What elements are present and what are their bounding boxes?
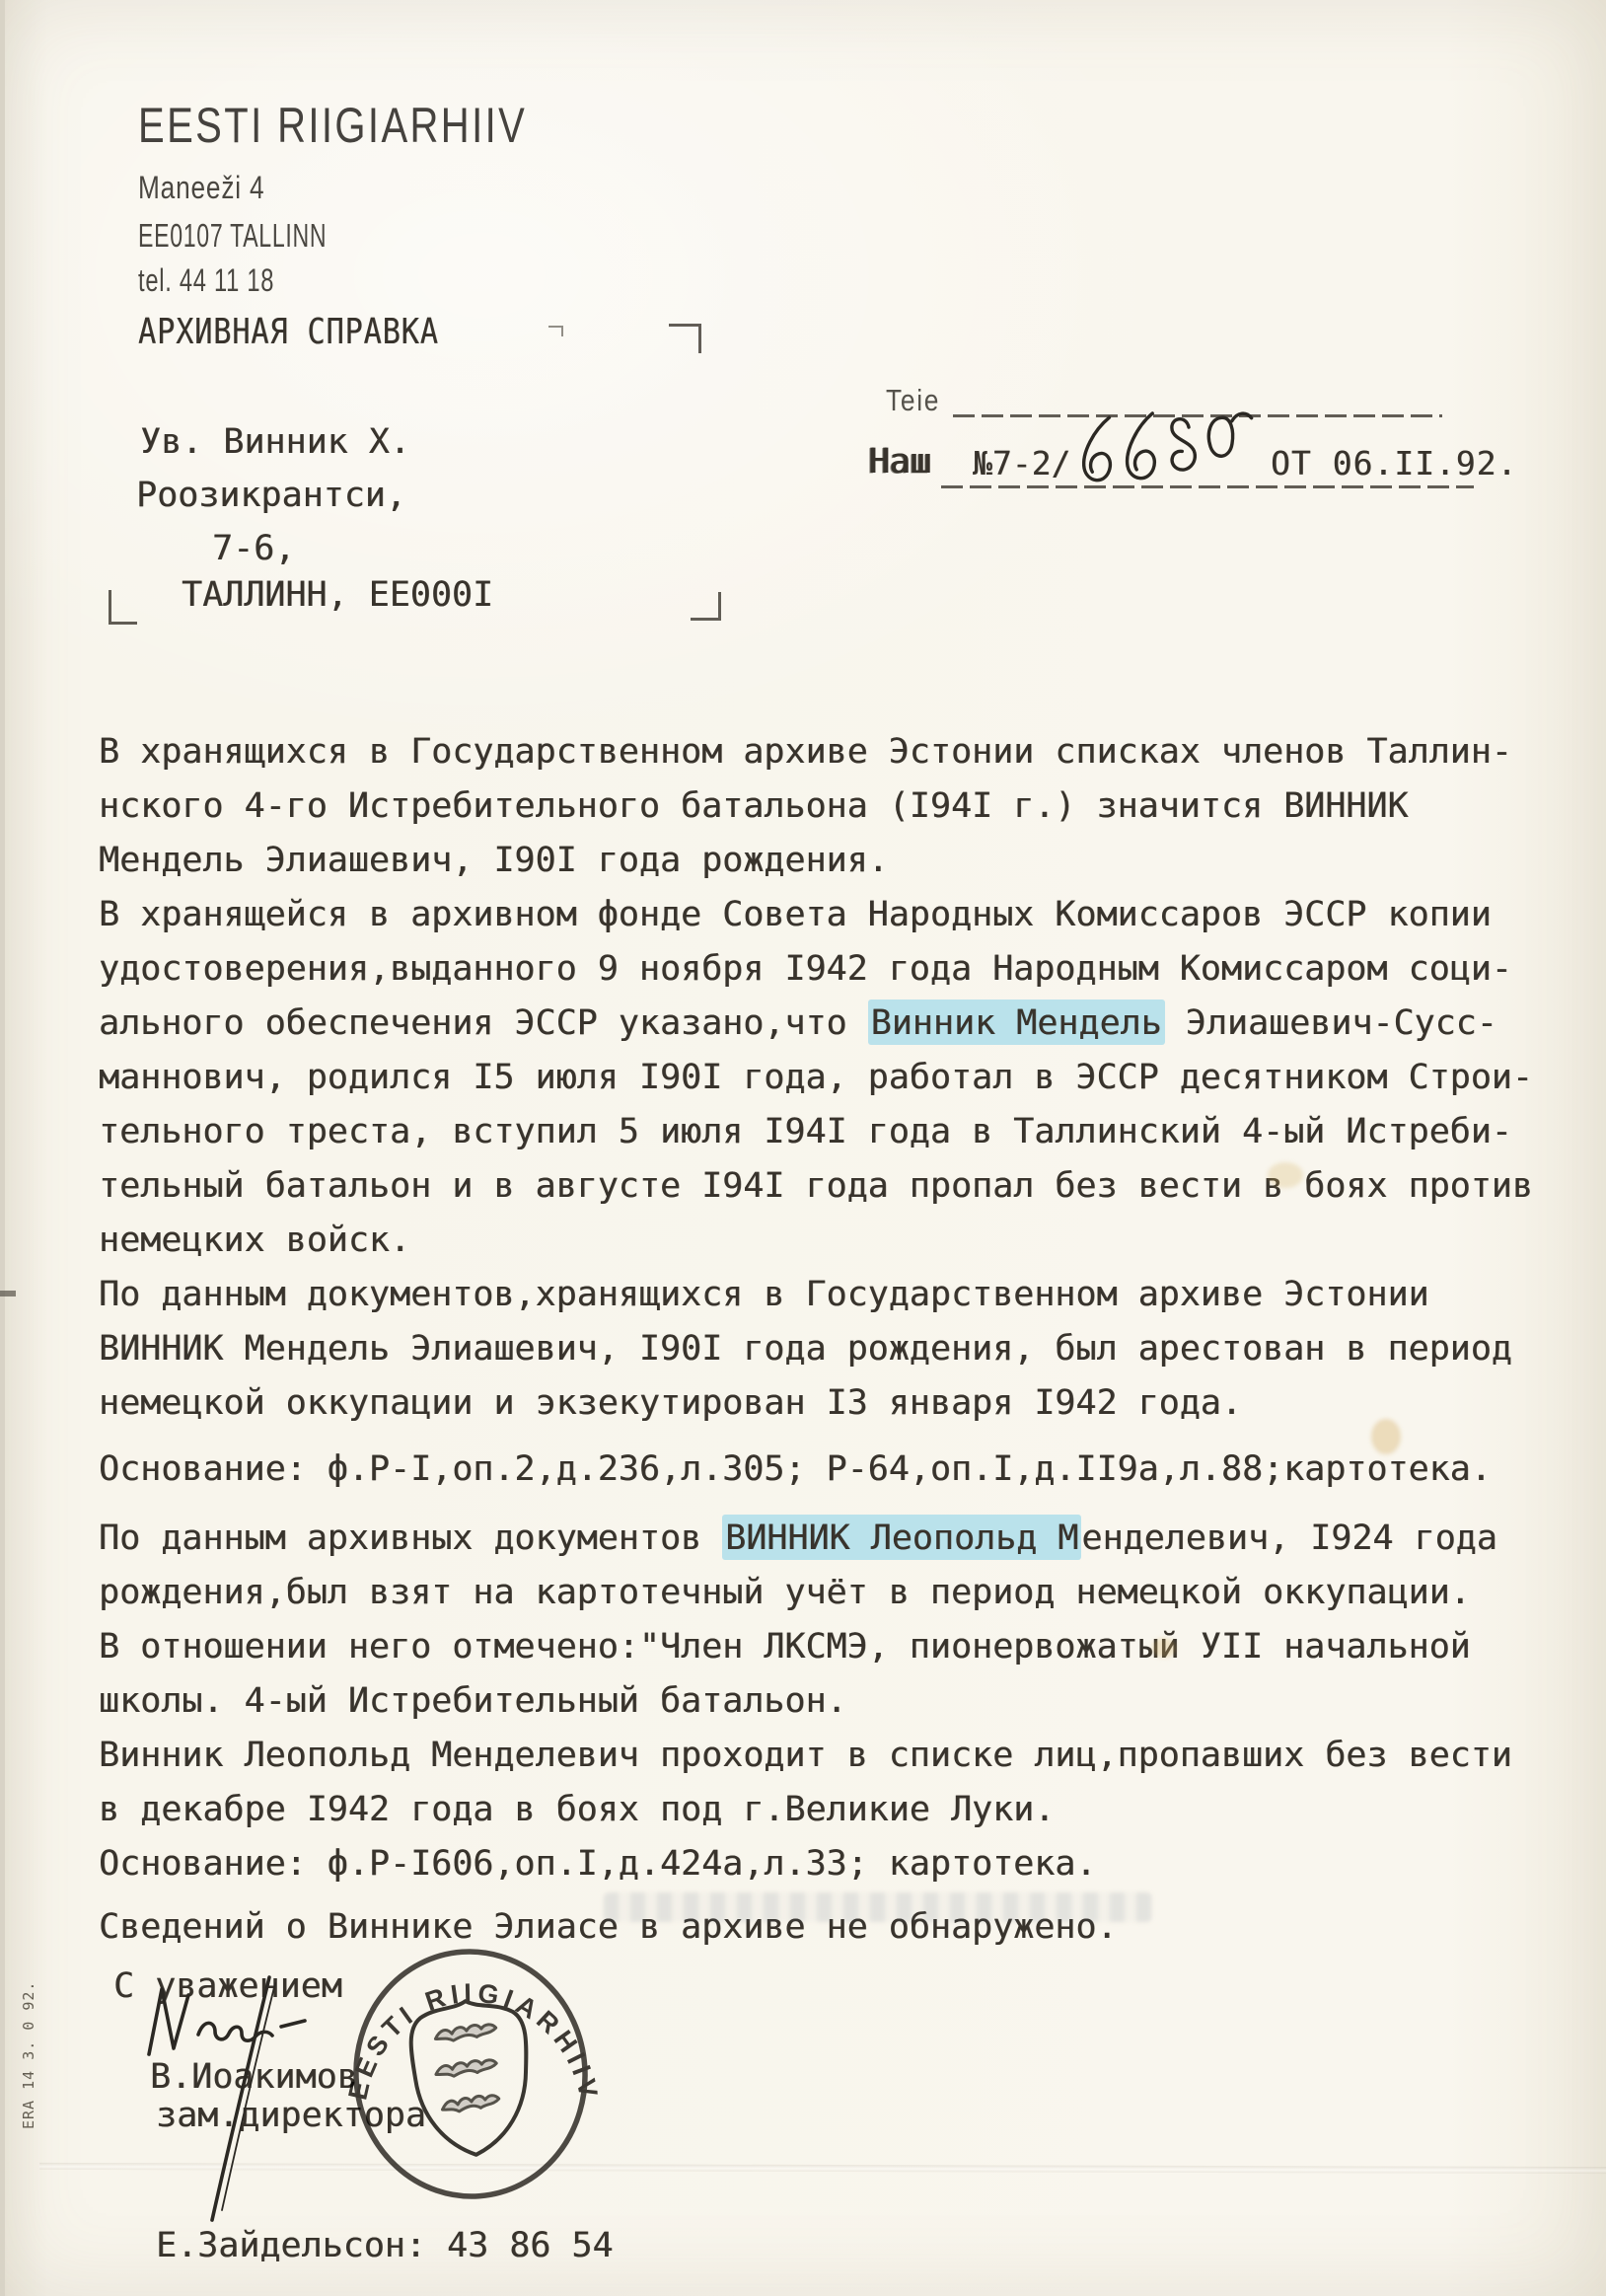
contact-line: Е.Зайдельсон: 43 86 54 [156,2226,614,2265]
paragraph: По данным архивных документов ВИННИК Лео… [99,1512,1549,1729]
body-line: Винник Леопольд Менделевич проходит в сп… [99,1729,1549,1783]
paragraph: По данным документов,хранящихся в Госуда… [99,1268,1549,1431]
body-line: тельный батальон и в августе I94I года п… [99,1159,1549,1214]
paragraph: Винник Леопольд Менделевич проходит в сп… [99,1729,1549,1837]
paragraph: Основание: ф.Р-I,оп.2,д.236,л.305; Р-64,… [99,1443,1549,1497]
our-ref-date: ОТ 06.II.92. [1271,444,1517,482]
scan-edge [0,0,5,2296]
stray-mark [548,326,563,336]
body-line: Основание: ф.Р-I606,оп.I,д.424а,л.33; ка… [99,1837,1549,1891]
window-corner-top-right [669,324,701,353]
body-line: Мендель Элиашевич, I90I года рождения. [99,834,1549,888]
highlighted-text: ВИННИК Леопольд М [722,1515,1081,1560]
our-ref-number-prefix: №7-2/ [973,444,1070,482]
body-line: ального обеспечения ЭССР указано,что Вин… [99,997,1549,1051]
recipient-city: ТАЛЛИНН, ЕЕ000I [182,575,493,615]
body-line: маннович, родился I5 июля I90I года, раб… [99,1051,1549,1105]
body-line: рождения,был взят на картотечный учёт в … [99,1566,1549,1620]
body-line: немецких войск. [99,1214,1549,1268]
paragraph: В хранящихся в Государственном архиве Эс… [99,725,1549,888]
stain [1152,1638,1176,1658]
letterhead-phone: tel. 44 11 18 [138,262,274,299]
paragraph: Основание: ф.Р-I606,оп.I,д.424а,л.33; ка… [99,1837,1549,1891]
official-round-stamp: EESTI RIIGIARHIIV [336,1933,605,2214]
stain [1371,1419,1401,1454]
body-line: В отношении него отмечено:"Член ЛКСМЭ, п… [99,1620,1549,1674]
body-line: Основание: ф.Р-I,оп.2,д.236,л.305; Р-64,… [99,1443,1549,1497]
teie-label: Teie [886,383,940,418]
body-line: немецкой оккупации и экзекутирован I3 ян… [99,1376,1549,1431]
document-page: EESTI RIIGIARHIIV Maneeži 4 EE0107 TALLI… [0,0,1606,2296]
body-line: В хранящихся в Государственном архиве Эс… [99,725,1549,779]
recipient-street: Роозикрантси, [136,476,406,515]
body-line: тельного треста, вступил 5 июля I94I год… [99,1105,1549,1159]
body-line: В хранящейся в архивном фонде Совета Нар… [99,888,1549,942]
form-code: ERA 14 3. 0 92. [20,1981,37,2129]
window-corner-bottom-right [691,592,721,621]
body-text: В хранящихся в Государственном архиве Эс… [99,725,1549,1955]
highlighted-text: Винник Мендель [868,1000,1165,1045]
ink-ghost-smudge [604,1892,1152,1922]
body-line: По данным документов,хранящихся в Госуда… [99,1268,1549,1322]
document-type-title: АРХИВНАЯ СПРАВКА [138,312,439,352]
letterhead-city: EE0107 TALLINN [138,217,327,255]
our-ref-label: Наш [868,442,930,481]
recipient-name: Ув. Винник Х. [140,422,410,462]
stain [1268,1162,1303,1188]
stamp-text: EESTI RIIGIARHIIV [336,1969,605,2121]
body-line: нского 4-го Истребительного батальона (I… [99,779,1549,834]
org-name: EESTI RIIGIARHIIV [138,97,527,154]
recipient-house: 7-6, [212,529,295,568]
body-line: в декабре I942 года в боях под г.Великие… [99,1783,1549,1837]
body-line: удостоверения,выданного 9 ноября I942 го… [99,942,1549,997]
edge-speck [0,1291,16,1296]
letterhead-street: Maneeži 4 [138,170,264,206]
body-line: ВИННИК Мендель Элиашевич, I90I года рожд… [99,1322,1549,1376]
body-line: По данным архивных документов ВИННИК Лео… [99,1512,1549,1566]
body-line: школы. 4-ый Истребительный батальон. [99,1674,1549,1729]
window-corner-bottom-left [109,590,137,625]
paragraph: В хранящейся в архивном фонде Совета Нар… [99,888,1549,1268]
handwritten-ref-number [1065,398,1277,495]
our-ref-blank-line [941,485,1474,488]
